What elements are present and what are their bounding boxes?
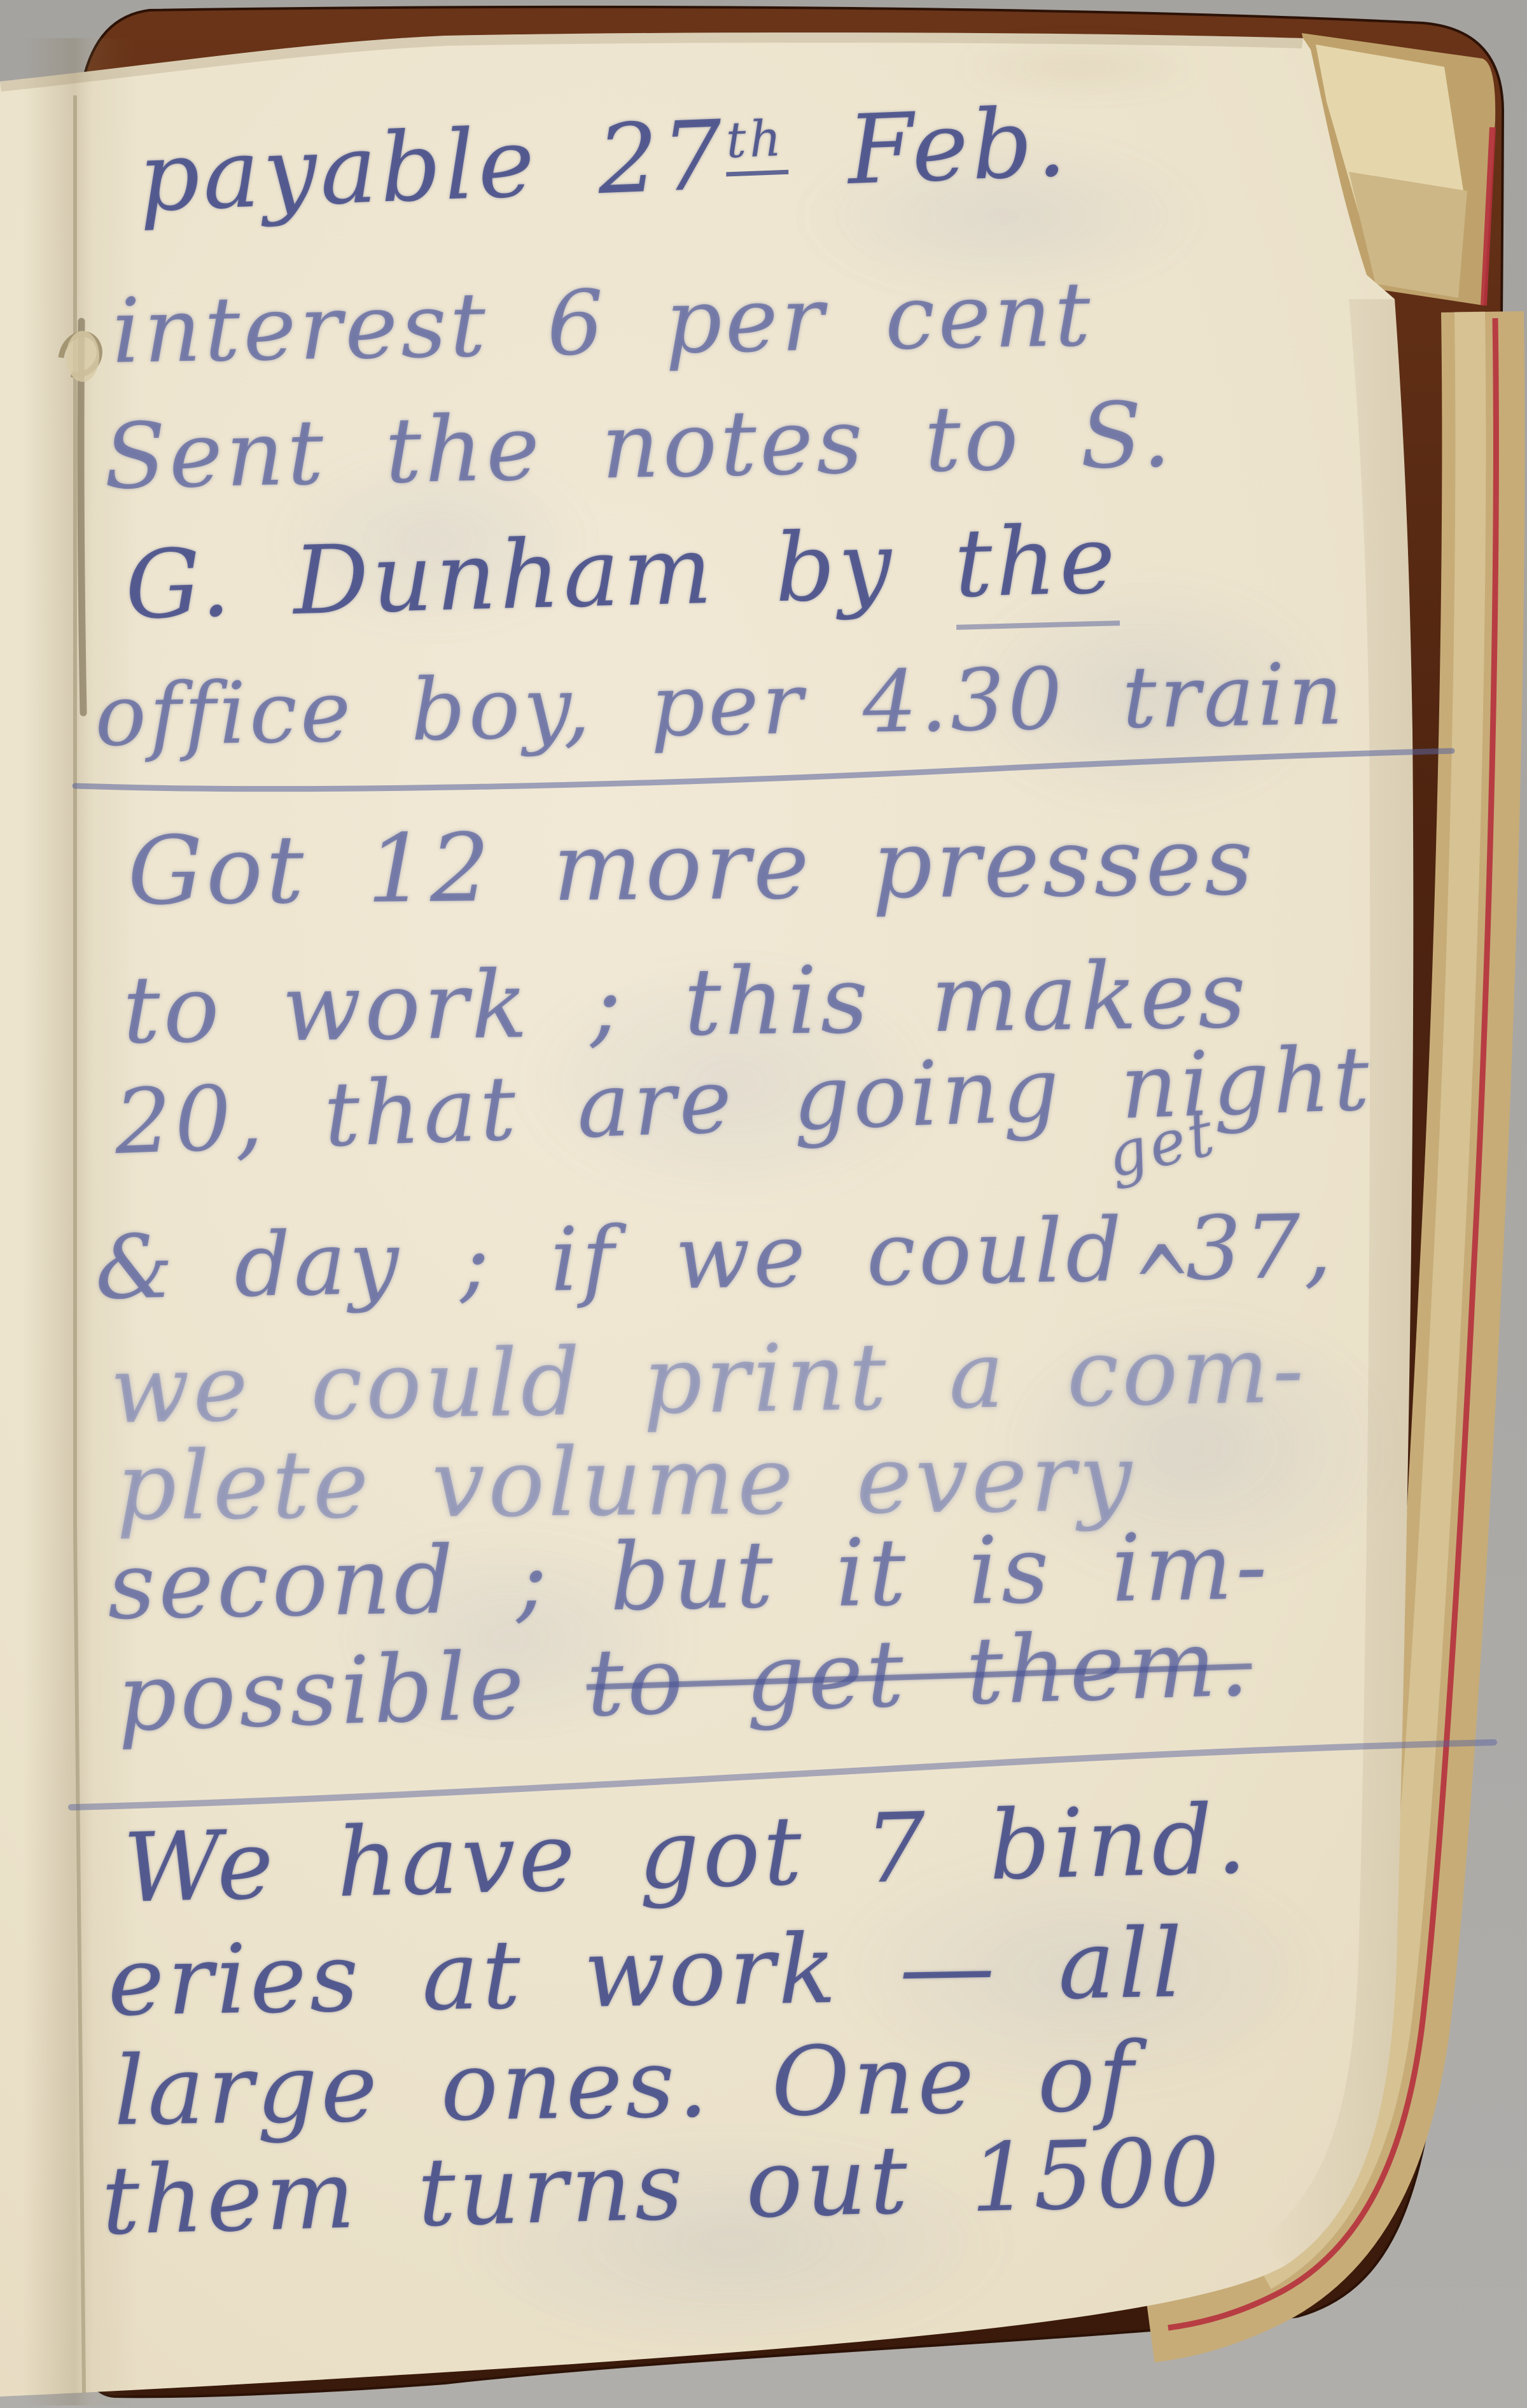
handwriting-line-10: we could print a com- bbox=[109, 1323, 1307, 1437]
superscript-th: th bbox=[724, 109, 788, 176]
handwriting-line-2: interest 6 per cent bbox=[111, 270, 1094, 377]
handwriting-line-9: & day ; if we couldget^37, bbox=[94, 1189, 1335, 1312]
struck-text: to get them. bbox=[585, 1609, 1253, 1738]
underlined-word-the: the bbox=[953, 505, 1120, 630]
handwriting-line-6: Got 12 more presses bbox=[127, 815, 1257, 918]
handwriting-line-14: We have got 7 bind. bbox=[122, 1792, 1251, 1917]
handwriting-line-4: G. Dunham by the bbox=[124, 512, 1119, 633]
handwriting-line-5: office boy, per 4.30 train bbox=[94, 652, 1347, 759]
binding-stitch-hole bbox=[66, 331, 99, 382]
handwriting-line-17: them turns out 1500 bbox=[101, 2125, 1224, 2248]
line1-text: payable 27 bbox=[137, 101, 728, 234]
handwriting-line-15: eries at work — all bbox=[107, 1915, 1187, 2030]
handwriting-line-3: Sent the notes to S. bbox=[103, 390, 1175, 503]
line4-text: G. Dunham by bbox=[124, 509, 956, 640]
line9-text: & day ; if we could bbox=[94, 1199, 1126, 1319]
line1-text-cont: Feb. bbox=[785, 87, 1071, 209]
line13-text: possible bbox=[116, 1630, 589, 1753]
line9-text-cont: 37, bbox=[1185, 1195, 1335, 1300]
insertion-anchor: get^ bbox=[1124, 1191, 1186, 1280]
scanned-notebook-page-root: payable 27th Feb. interest 6 per cent Se… bbox=[0, 0, 1527, 2408]
